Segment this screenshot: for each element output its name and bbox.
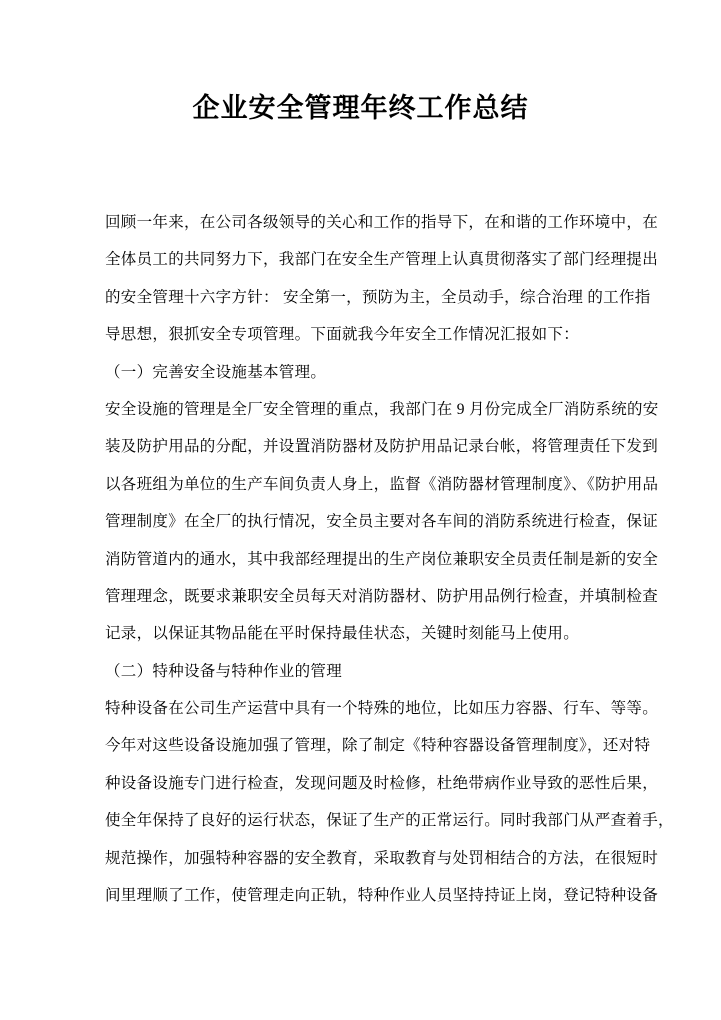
- text-line: 今年对这些设备设施加强了管理，除了制定《特种容器设备管理制度》，还对特: [105, 727, 617, 764]
- text-line: 管理理念，既要求兼职安全员每天对消防器材、防护用品例行检查，并填制检查: [105, 578, 617, 615]
- text-line: 种设备设施专门进行检查，发现问题及时检修，杜绝带病作业导致的恶性后果，: [105, 765, 617, 802]
- text-line: 记录，以保证其物品能在平时保持最佳状态，关键时刻能马上使用。: [105, 615, 617, 652]
- text-line: 回顾一年来，在公司各级领导的关心和工作的指导下，在和谐的工作环境中，在: [105, 204, 617, 241]
- text-line: 安全设施的管理是全厂安全管理的重点，我部门在 9 月份完成全厂消防系统的安: [105, 391, 617, 428]
- text-line: 导思想，狠抓安全专项管理。下面就我今年安全工作情况汇报如下：: [105, 316, 617, 353]
- page-title: 企业安全管理年终工作总结: [0, 86, 721, 125]
- text-line: （二）特种设备与特种作业的管理: [105, 653, 617, 690]
- text-line: 特种设备在公司生产运营中具有一个特殊的地位，比如压力容器、行车、等等。: [105, 690, 617, 727]
- text-line: （一）完善安全设施基本管理。: [105, 354, 617, 391]
- text-line: 消防管道内的通水，其中我部经理提出的生产岗位兼职安全员责任制是新的安全: [105, 541, 617, 578]
- text-line: 管理制度》在全厂的执行情况，安全员主要对各车间的消防系统进行检查，保证: [105, 503, 617, 540]
- text-line: 规范操作，加强特种容器的安全教育，采取教育与处罚相结合的方法，在很短时: [105, 840, 617, 877]
- document-page: 企业安全管理年终工作总结 回顾一年来，在公司各级领导的关心和工作的指导下，在和谐…: [0, 0, 721, 1020]
- text-line: 间里理顺了工作，使管理走向正轨，特种作业人员坚持持证上岗，登记特种设备: [105, 877, 617, 914]
- text-line: 的安全管理十六字方针： 安全第一，预防为主，全员动手，综合治理 的工作指: [105, 279, 617, 316]
- text-line: 全体员工的共同努力下，我部门在安全生产管理上认真贯彻落实了部门经理提出: [105, 241, 617, 278]
- text-line: 使全年保持了良好的运行状态，保证了生产的正常运行。同时我部门从严查着手，: [105, 802, 617, 839]
- document-body: 回顾一年来，在公司各级领导的关心和工作的指导下，在和谐的工作环境中，在全体员工的…: [105, 204, 617, 914]
- text-line: 以各班组为单位的生产车间负责人身上，监督《消防器材管理制度》、《防护用品: [105, 466, 617, 503]
- text-line: 装及防护用品的分配，并设置消防器材及防护用品记录台帐，将管理责任下发到: [105, 428, 617, 465]
